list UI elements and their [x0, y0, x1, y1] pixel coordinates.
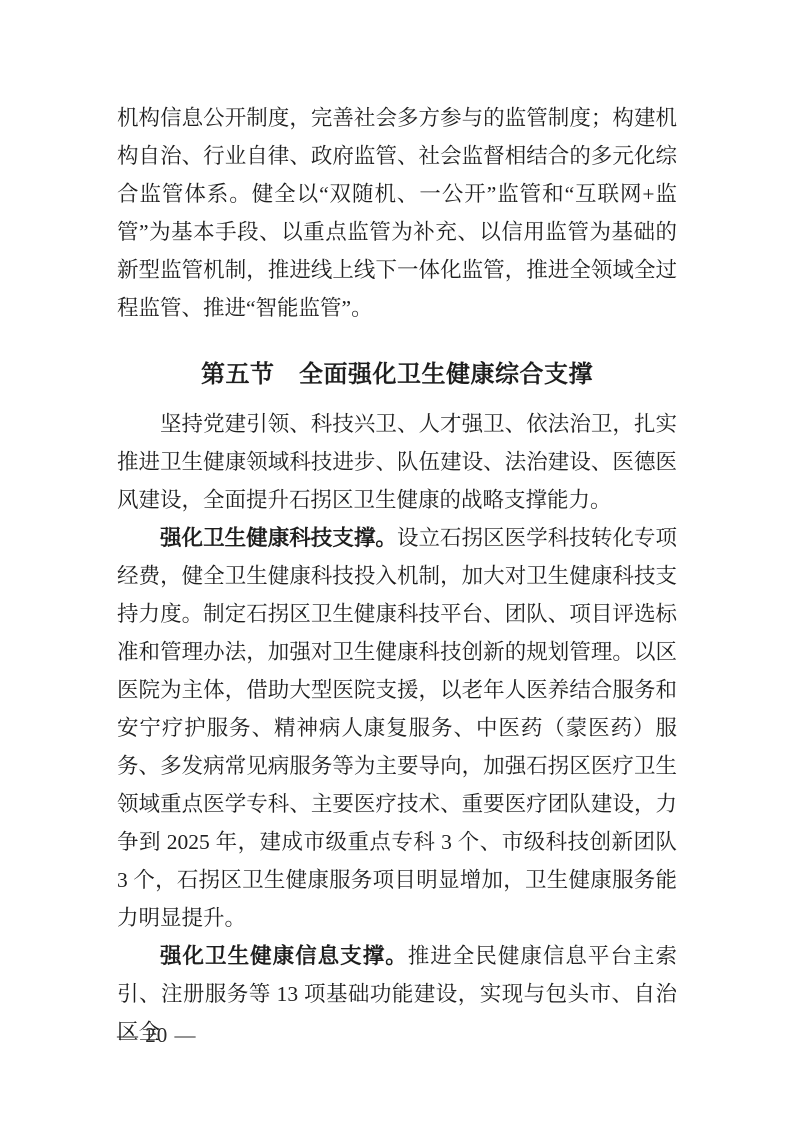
paragraph-lead-science-tech: 强化卫生健康科技支撑。: [160, 526, 397, 550]
paragraph-supervision-system: 机构信息公开制度，完善社会多方参与的监管制度；构建机构自治、行业自律、政府监管、…: [117, 99, 677, 327]
page-number-footer: — 20 —: [117, 1022, 197, 1048]
paragraph-lead-information: 强化卫生健康信息支撑。: [160, 944, 408, 968]
paragraph-information-support: 强化卫生健康信息支撑。推进全民健康信息平台主索引、注册服务等 13 项基础功能建…: [117, 937, 677, 1051]
paragraph-body-science-tech: 设立石拐区医学科技转化专项经费，健全卫生健康科技投入机制，加大对卫生健康科技支持…: [117, 526, 677, 930]
paragraph-science-tech-support: 强化卫生健康科技支撑。设立石拐区医学科技转化专项经费，健全卫生健康科技投入机制，…: [117, 519, 677, 937]
section-heading: 第五节 全面强化卫生健康综合支撑: [117, 355, 677, 395]
page-content: 机构信息公开制度，完善社会多方参与的监管制度；构建机构自治、行业自律、政府监管、…: [117, 99, 677, 1051]
document-page: { "document": { "section_heading": "第五节 …: [0, 0, 793, 1122]
paragraph-strategic-support: 坚持党建引领、科技兴卫、人才强卫、依法治卫，扎实推进卫生健康领域科技进步、队伍建…: [117, 405, 677, 519]
